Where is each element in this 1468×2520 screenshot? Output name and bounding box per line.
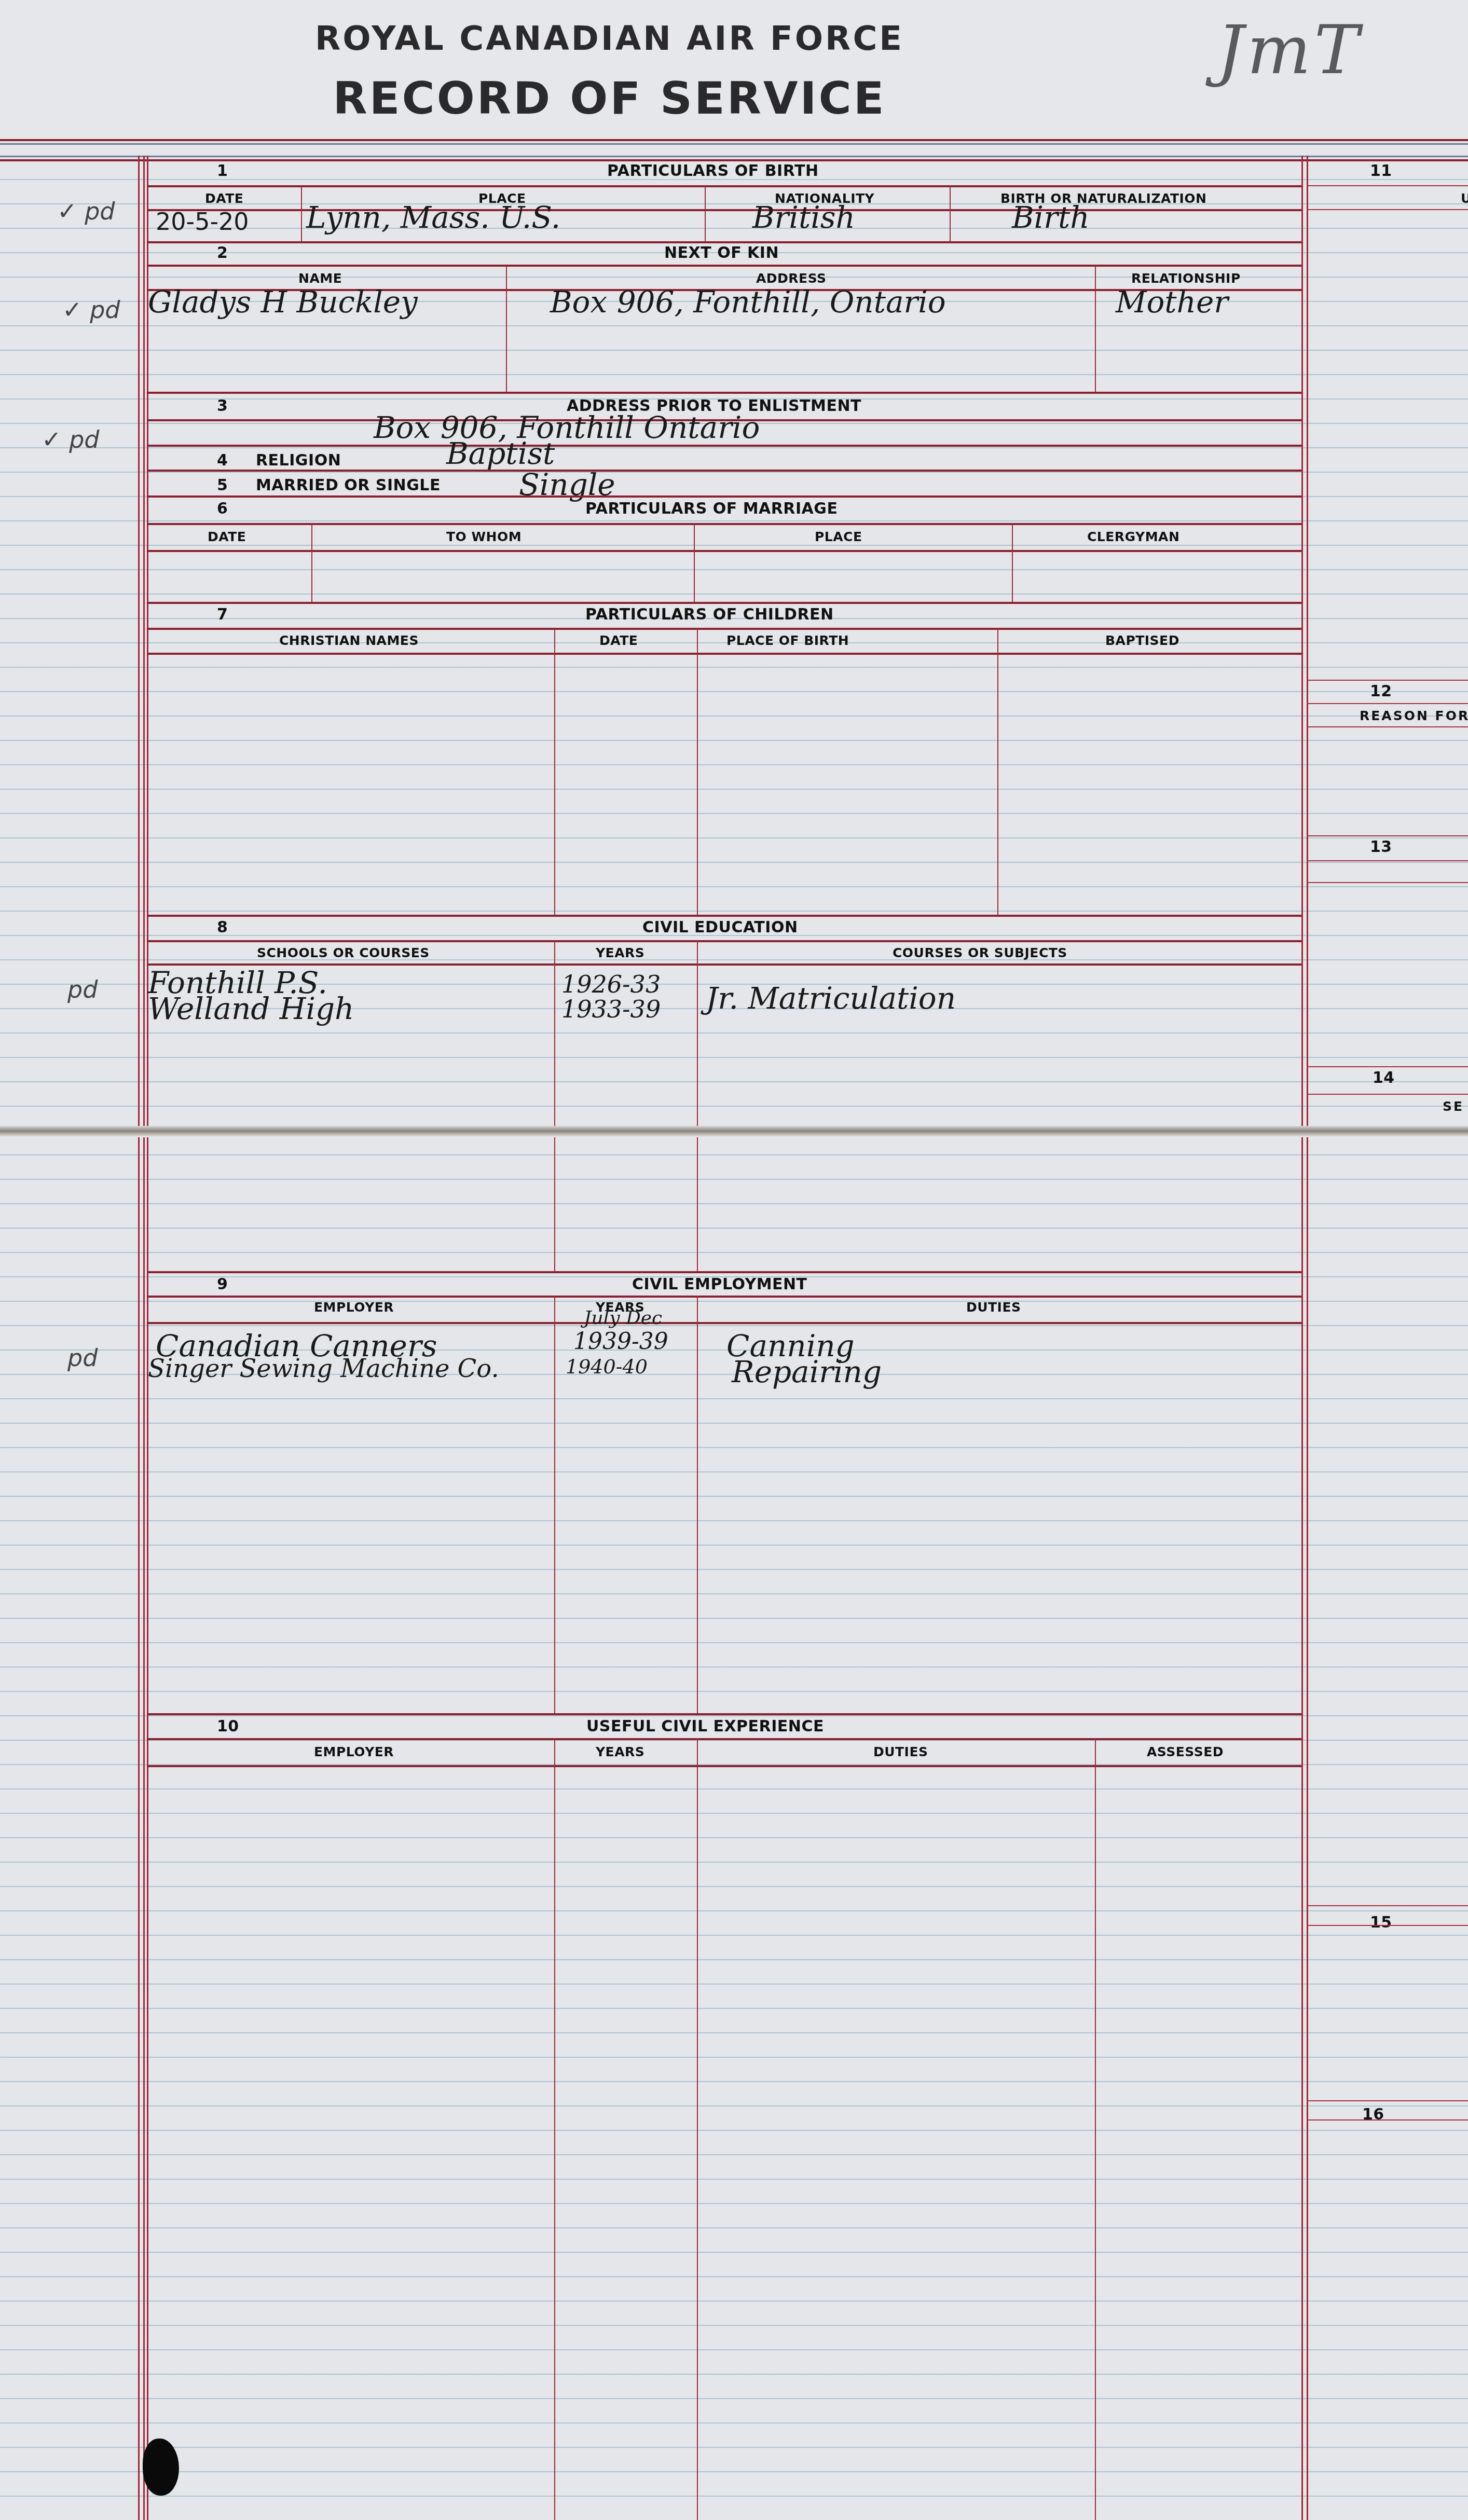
corner-initials: JmT bbox=[1217, 10, 1362, 89]
s6-col-date: DATE bbox=[208, 529, 246, 544]
col-divider bbox=[554, 1296, 555, 1713]
punch-hole bbox=[143, 2439, 179, 2496]
rule bbox=[147, 1296, 1301, 1298]
rule bbox=[147, 265, 1301, 267]
next-of-kin-address: Box 906, Fonthill, Ontario bbox=[550, 284, 946, 320]
rule bbox=[147, 1322, 1301, 1324]
form-title: RECORD OF SERVICE bbox=[0, 73, 1343, 125]
org-title: ROYAL CANADIAN AIR FORCE bbox=[0, 20, 1343, 58]
col-divider bbox=[950, 185, 951, 242]
employment-duties-2: Repairing bbox=[732, 1354, 882, 1389]
rule bbox=[147, 241, 1301, 243]
section-1-title: PARTICULARS OF BIRTH bbox=[607, 162, 819, 180]
section-12-number: 12 bbox=[1370, 682, 1392, 700]
col-divider bbox=[554, 628, 555, 916]
rule bbox=[147, 392, 1301, 394]
divider-line-1 bbox=[1301, 156, 1303, 2520]
education-years-2: 1933-39 bbox=[561, 995, 661, 1023]
rule bbox=[1307, 185, 1468, 186]
rule bbox=[1307, 1094, 1468, 1095]
s10-col-assessed: ASSESSED bbox=[1147, 1744, 1224, 1759]
col-divider bbox=[697, 940, 698, 1272]
rule bbox=[147, 628, 1301, 630]
rule bbox=[1307, 680, 1468, 681]
top-rule-blue bbox=[0, 143, 1468, 145]
top-rule-red-2 bbox=[0, 159, 1468, 161]
employment-years-2: 1940-40 bbox=[566, 1355, 648, 1378]
rule bbox=[1307, 726, 1468, 727]
margin-mark: pd bbox=[67, 1344, 98, 1372]
rule bbox=[147, 940, 1301, 942]
top-rule-red bbox=[0, 139, 1468, 141]
rule bbox=[1307, 835, 1468, 836]
section-8-title: CIVIL EDUCATION bbox=[642, 918, 798, 937]
birth-or-naturalization-value: Birth bbox=[1012, 200, 1090, 235]
rule bbox=[147, 185, 1301, 187]
section-5-number: 5 bbox=[217, 476, 228, 494]
employment-years-note-1: July Dec bbox=[584, 1307, 662, 1329]
section-2-title: NEXT OF KIN bbox=[664, 244, 779, 262]
rule bbox=[147, 1271, 1301, 1273]
s7-col-date: DATE bbox=[599, 633, 638, 648]
margin-mark: ✓ pd bbox=[62, 296, 120, 324]
col-divider bbox=[697, 1296, 698, 1713]
margin-mark: pd bbox=[67, 975, 98, 1003]
s2-col-address: ADDRESS bbox=[756, 271, 827, 286]
s7-col-christian-names: CHRISTIAN NAMES bbox=[279, 633, 419, 648]
section-7-number: 7 bbox=[217, 605, 228, 624]
rule bbox=[147, 1765, 1301, 1767]
section-11-label-fragment: U bbox=[1461, 191, 1468, 206]
section-2-number: 2 bbox=[217, 244, 228, 262]
s1-col-date: DATE bbox=[205, 191, 243, 206]
birth-date-value: 20-5-20 bbox=[156, 208, 249, 236]
col-divider bbox=[1095, 265, 1096, 392]
s8-col-years: YEARS bbox=[596, 945, 644, 960]
rule bbox=[1307, 2100, 1468, 2101]
col-divider bbox=[554, 1738, 555, 2520]
rule bbox=[1307, 882, 1468, 883]
section-6-number: 6 bbox=[217, 500, 228, 518]
rule bbox=[1307, 860, 1468, 861]
address-prior-value: Box 906, Fonthill Ontario bbox=[374, 410, 760, 445]
col-divider bbox=[705, 185, 706, 242]
section-12-label-fragment: REASON FOR bbox=[1360, 708, 1468, 723]
section-13-number: 13 bbox=[1370, 838, 1392, 856]
top-rule-blue-2 bbox=[0, 156, 1468, 157]
employment-years-1: 1939-39 bbox=[573, 1328, 668, 1355]
col-divider bbox=[1012, 523, 1013, 602]
rule bbox=[147, 602, 1301, 604]
section-9-title: CIVIL EMPLOYMENT bbox=[632, 1275, 807, 1293]
section-10-title: USEFUL CIVIL EXPERIENCE bbox=[586, 1717, 824, 1736]
rule bbox=[1307, 703, 1468, 704]
section-6-title: PARTICULARS OF MARRIAGE bbox=[585, 500, 838, 518]
rule bbox=[147, 653, 1301, 655]
section-4-number: 4 bbox=[217, 451, 228, 470]
section-9-number: 9 bbox=[217, 1275, 228, 1293]
next-of-kin-relationship: Mother bbox=[1116, 284, 1228, 320]
col-divider bbox=[506, 265, 507, 392]
section-14-number: 14 bbox=[1373, 1069, 1395, 1087]
rule bbox=[147, 1738, 1301, 1740]
s6-col-clergyman: CLERGYMAN bbox=[1087, 529, 1179, 544]
section-10-number: 10 bbox=[217, 1717, 239, 1736]
col-divider bbox=[694, 523, 695, 602]
rule bbox=[1307, 2119, 1468, 2120]
s2-col-name: NAME bbox=[298, 271, 342, 286]
s10-col-years: YEARS bbox=[596, 1744, 644, 1759]
marital-status-label: MARRIED OR SINGLE bbox=[256, 476, 441, 494]
section-8-number: 8 bbox=[217, 918, 228, 937]
rule bbox=[1307, 209, 1468, 210]
rule bbox=[1307, 1905, 1468, 1906]
next-of-kin-name: Gladys H Buckley bbox=[148, 284, 418, 320]
religion-value: Baptist bbox=[446, 436, 555, 471]
divider-line-2 bbox=[1307, 156, 1308, 2520]
col-divider bbox=[1095, 1738, 1096, 2520]
section-7-title: PARTICULARS OF CHILDREN bbox=[585, 605, 834, 624]
s10-col-employer: EMPLOYER bbox=[314, 1744, 394, 1759]
s6-col-to-whom: TO WHOM bbox=[446, 529, 522, 544]
section-14-label-fragment: SE bbox=[1443, 1099, 1464, 1114]
s9-col-employer: EMPLOYER bbox=[314, 1300, 394, 1315]
nationality-value: British bbox=[752, 200, 855, 235]
rule bbox=[147, 495, 1301, 498]
section-15-number: 15 bbox=[1370, 1913, 1392, 1932]
col-divider bbox=[697, 1738, 698, 2520]
s2-col-relationship: RELATIONSHIP bbox=[1131, 271, 1241, 286]
education-years-1: 1926-33 bbox=[561, 970, 661, 998]
margin-line-3 bbox=[147, 156, 148, 2520]
margin-mark: ✓ pd bbox=[42, 425, 100, 453]
rule bbox=[147, 523, 1301, 525]
section-16-number: 16 bbox=[1362, 2105, 1384, 2124]
paper-fold bbox=[0, 1126, 1468, 1137]
rule bbox=[147, 550, 1301, 552]
col-divider bbox=[301, 185, 302, 242]
s8-col-subjects: COURSES OR SUBJECTS bbox=[893, 945, 1067, 960]
rule bbox=[1307, 1066, 1468, 1067]
birth-place-value: Lynn, Mass. U.S. bbox=[306, 200, 560, 235]
s7-col-place-of-birth: PLACE OF BIRTH bbox=[726, 633, 849, 648]
rule bbox=[147, 915, 1301, 917]
rule bbox=[147, 1713, 1301, 1715]
margin-line-2 bbox=[143, 156, 145, 2520]
s6-col-place: PLACE bbox=[815, 529, 862, 544]
education-school-2: Welland High bbox=[148, 991, 354, 1026]
rule bbox=[147, 445, 1301, 447]
education-subjects-1: Jr. Matriculation bbox=[706, 981, 956, 1016]
section-3-number: 3 bbox=[217, 397, 228, 415]
margin-mark: ✓ pd bbox=[57, 197, 115, 225]
religion-label: RELIGION bbox=[256, 451, 341, 470]
employment-employer-2: Singer Sewing Machine Co. bbox=[148, 1354, 499, 1383]
col-divider bbox=[697, 628, 698, 916]
s8-col-schools: SCHOOLS OR COURSES bbox=[257, 945, 430, 960]
col-divider bbox=[554, 940, 555, 1272]
rule bbox=[1307, 1925, 1468, 1926]
col-divider bbox=[311, 523, 312, 602]
section-11-number: 11 bbox=[1370, 162, 1392, 180]
s7-col-baptised: BAPTISED bbox=[1105, 633, 1179, 648]
s9-col-duties: DUTIES bbox=[966, 1300, 1021, 1315]
margin-line-1 bbox=[138, 156, 140, 2520]
rule bbox=[147, 470, 1301, 472]
section-1-number: 1 bbox=[217, 162, 228, 180]
s10-col-duties: DUTIES bbox=[873, 1744, 928, 1759]
col-divider bbox=[997, 628, 998, 916]
